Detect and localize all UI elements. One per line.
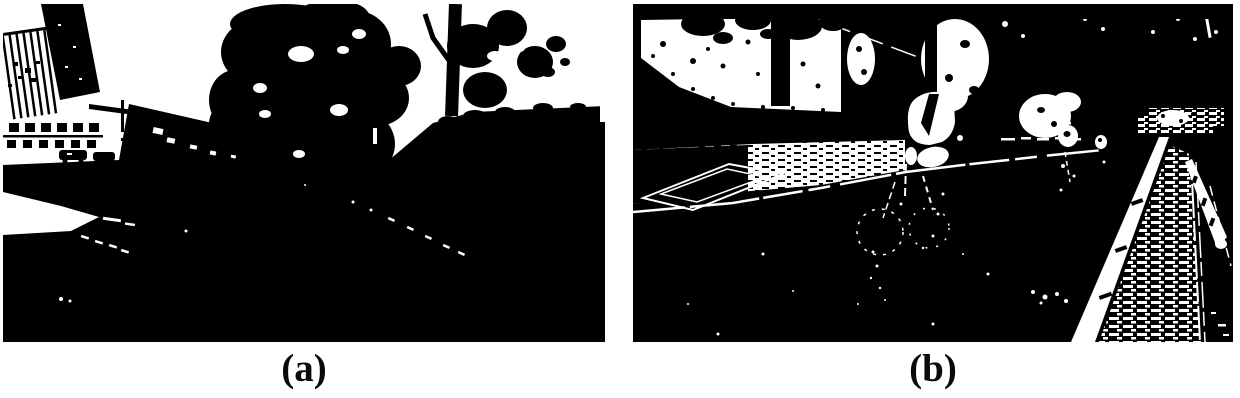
panel-b-caption: (b) xyxy=(633,343,1233,395)
panel-b-image xyxy=(633,4,1233,342)
panel-a-caption: (a) xyxy=(3,343,605,395)
two-panel-binarized-figure: (a) (b) xyxy=(0,0,1240,398)
binarized-bike-path-photo xyxy=(633,4,1233,342)
panel-a-image xyxy=(3,4,605,342)
binarized-street-photo xyxy=(3,4,605,342)
